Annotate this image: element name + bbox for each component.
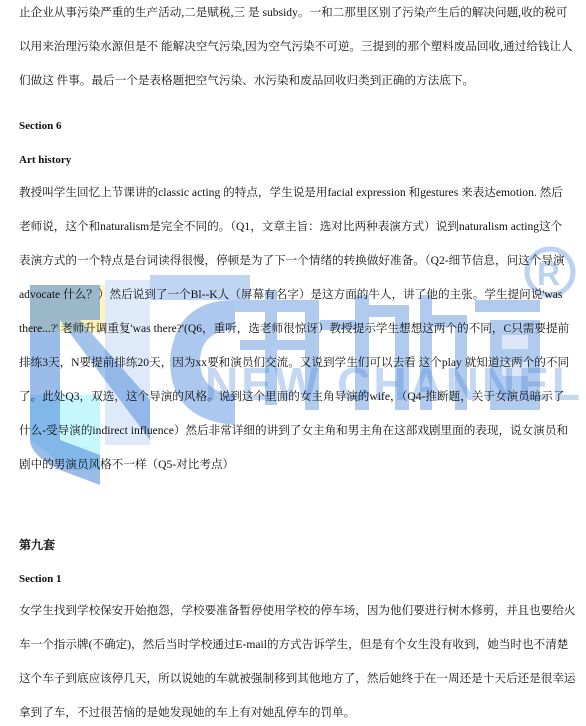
set9-line-1: 女学生找到学校保安开始抱怨，学校要准备暂停使用学校的停车场，因为他们要进行树木修… xyxy=(19,603,576,619)
art-history-topic: Art history xyxy=(19,153,71,167)
section6-line-4: advocate 什么？）然后说到了一个Bl--K人（屏幕有名字）是这方面的牛人… xyxy=(19,287,562,303)
intro-line-1: 止企业从事污染严重的生产活动,二是赋税,三 是 subsidy。一和二那里区别了… xyxy=(19,5,567,21)
section6-line-1: 教授叫学生回忆上节课讲的classic acting 的特点，学生说是用faci… xyxy=(19,185,563,201)
section6-line-2: 老师说，这个和naturalism是完全不同的。（Q1，文章主旨：选对比两种表演… xyxy=(19,219,562,235)
set9-line-4: 拿到了车，不过很苦恼的是她发现她的车上有对她乱停车的罚单。 xyxy=(19,705,355,721)
section-6-heading: Section 6 xyxy=(19,119,61,133)
section6-line-9: 剧中的男演员风格不一样（Q5-对比考点） xyxy=(19,457,234,473)
set9-line-3: 这个车子到底应该停几天，所以说她的车就被强制移到其他地方了，然后她终于在一周还是… xyxy=(19,671,576,687)
set-9-heading: 第九套 xyxy=(19,537,55,553)
section6-line-8: 什么-受导演的indirect influence）然后非常详细的讲到了女主角和… xyxy=(19,423,568,439)
section6-line-6: 排练3天，N要提前排练20天，因为xx要和演员们交流。又说到学生们可以去看 这个… xyxy=(19,355,569,371)
section6-line-3: 表演方式的一个特点是台词读得很慢，停顿是为了下一个情绪的转换做好准备。（Q2-细… xyxy=(19,253,565,269)
intro-line-2: 以用来治理污染水源但是不 能解决空气污染,因为空气污染不可逆。三提到的那个塑料废… xyxy=(19,39,573,55)
section-1-heading: Section 1 xyxy=(19,572,61,586)
section6-line-7: 了。此处Q3，双选，这个导演的风格。说到这个里面的女主角导演的wife，（Q4-… xyxy=(19,389,565,405)
intro-line-3: 们做这 件事。最后一个是表格题把空气污染、水污染和废品回收归类到正确的方法底下。 xyxy=(19,73,474,89)
document-page: NEW CHANNEL R 止企业从事污染严重的生产活动,二是赋税,三 是 su… xyxy=(0,0,586,726)
set9-line-2: 车一个指示牌(不确定)，然后当时学校通过E-mail的方式告诉学生，但是有个女生… xyxy=(19,637,568,653)
section6-line-5: there...?' 老师升调重复'was there?'(Q6，重听，选老师很… xyxy=(19,321,569,337)
